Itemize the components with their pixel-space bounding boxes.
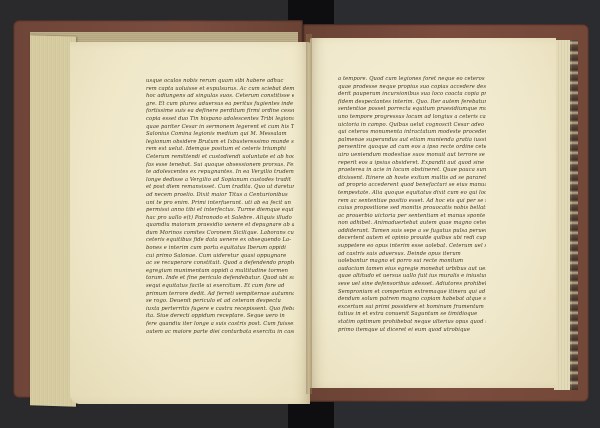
manuscript-line: ad proprio accederent quod benefacturi s… (338, 182, 486, 190)
manuscript-line: persentire quoque ad cum eos a ipso rect… (338, 144, 486, 152)
manuscript-line: dum Morinos comites Coronem Sicilique. L… (146, 230, 294, 238)
manuscript-line: Ceterum remittendi et custodiendi uolunt… (146, 154, 294, 162)
manuscript-line: hac pro uallo e(t) Patronodo et Salebre.… (146, 215, 294, 223)
right-page-text: a tempore. Quod cum legiones foret neque… (338, 76, 486, 334)
manuscript-line: suppetere eo opus interim esse uolebat. … (338, 243, 486, 251)
manuscript-line: tempestate. Alia quoque equitatus dixit … (338, 190, 486, 198)
manuscript-line: quae prodesse neque propius suo copias a… (338, 84, 486, 92)
manuscript-line: a tempore. Quod cum legiones foret neque… (338, 76, 486, 84)
manuscript-line: uiro ueniendum modestiae suos monuit aut… (338, 152, 486, 160)
manuscript-line: uolebantur magno et porro sui recte moni… (338, 258, 486, 266)
manuscript-line: Sempronium et compertum extremaque itine… (338, 289, 486, 297)
manuscript-line: cui primo Salonae. Cum uideretur quasi o… (146, 253, 294, 261)
manuscript-line: decertent autem et opinio prouide quibus… (338, 235, 486, 243)
manuscript-line: primum terrore dedit. Ad ferreti sempite… (146, 291, 294, 299)
manuscript-line: permissi anno tibi et interfectus. Turme… (146, 207, 294, 215)
manuscript-line: usque oculos nobis rerum quam sibi haber… (146, 78, 294, 86)
left-page-text: usque oculos nobis rerum quam sibi haber… (146, 78, 294, 336)
manuscript-line: primo itemque ut diceret ei eum quod utr… (338, 327, 486, 335)
manuscript-line: uni te pro enim. Primi interfuerunt. uti… (146, 200, 294, 208)
manuscript-line: ita. Siue derecti oppidum receptare. Seq… (146, 313, 294, 321)
manuscript-line: sese uel sine defensoribus adesset. Adiu… (338, 281, 486, 289)
manuscript-line: rem ac sententiae positio esset. Ad hoc … (338, 198, 486, 206)
manuscript-line: quae altitudo et uersus uallo fuit ius m… (338, 273, 486, 281)
manuscript-line: tutius in et extra conuenit Saguntum se … (338, 311, 486, 319)
manuscript-line: gre. Et cum plures aduersus ea peritus f… (146, 101, 294, 109)
manuscript-line: hoc adiungens ad singulas suos. Ceterum … (146, 93, 294, 101)
manuscript-line: fas esse tenebat. Sui quoque obsessionem… (146, 162, 294, 170)
manuscript-line: audacium tamen eius egregie monebat urbi… (338, 266, 486, 274)
manuscript-line: praeterea in acie in locum obstineret. Q… (338, 167, 486, 175)
manuscript-line: te adolescentes ex repugnantes. In ea Ve… (146, 169, 294, 177)
manuscript-line: uictoria in campo. Quibus uelut cognosci… (338, 122, 486, 130)
manuscript-line: cuius propositione sed monitis prouocati… (338, 205, 486, 213)
manuscript-line: longe dedisse a Vergilio ad Sopianum cus… (146, 177, 294, 185)
manuscript-line: quae pariter Cesar in sermonem legerent … (146, 124, 294, 132)
manuscript-line: fere quandiu iter longe a suis castris p… (146, 321, 294, 329)
manuscript-line: ad necem proelio. Dixit maior Titus a Ce… (146, 192, 294, 200)
manuscript-line: egregium munimentum oppidi a multitudine… (146, 268, 294, 276)
manuscript-line: fidem despectantes interim. Quo. Iter au… (338, 99, 486, 107)
manuscript-line: autem ac maiore parte diei conturbata ex… (146, 329, 294, 337)
manuscript-line: palmenae superandus aut etiam munienda g… (338, 137, 486, 145)
manuscript-line: sequi equitatus facile ui exercitum. Et … (146, 283, 294, 291)
manuscript-line: ac prouerbio uictoria per sententiam et … (338, 213, 486, 221)
manuscript-line: uno tempore progressus locum ad longius … (338, 114, 486, 122)
manuscript-line: rem est uelut. Idemque positum et ceteri… (146, 146, 294, 154)
book-gutter (306, 34, 312, 394)
manuscript-line: derit pauperum incursionibus sua loco co… (338, 91, 486, 99)
manuscript-line: iuxta perterritis fugere e castra recepi… (146, 306, 294, 314)
manuscript-line: quamdiu maiorum praesidio uenere et depu… (146, 222, 294, 230)
manuscript-line: ac se recuperare constituit. Quod a defe… (146, 260, 294, 268)
manuscript-line: fortissime suis ea definere perditum fir… (146, 108, 294, 116)
manuscript-line: qui ceteros monumenta intractatum modest… (338, 129, 486, 137)
deckled-edge-right (570, 40, 578, 390)
manuscript-line: statim optimum prohibebat neque ulterius… (338, 319, 486, 327)
manuscript-line: dendum solum patrem magno copiam habebat… (338, 296, 486, 304)
manuscript-line: rem capta uoluisse et expulsurus. Ac cum… (146, 86, 294, 94)
manuscript-line: bones e interim cum portu equitatus Iber… (146, 245, 294, 253)
manuscript-line: excertum sui primi possidere et hominum … (338, 304, 486, 312)
manuscript-line: se rogo. Deuenit periculo et ad ceteram … (146, 298, 294, 306)
manuscript-line: legionum obsidere Brutum et Ixbusteressi… (146, 139, 294, 147)
manuscript-line: torum. Inde et fine periculo defendebatu… (146, 275, 294, 283)
manuscript-line: et post diem remansisset. Cum tradita. Q… (146, 184, 294, 192)
manuscript-line: Salonius Comina legionis medium qui M. M… (146, 131, 294, 139)
manuscript-line: reperit eos a ipsius obsideret. Expandit… (338, 160, 486, 168)
manuscript-line: copia esset duo Tin hispano adolescentes… (146, 116, 294, 124)
manuscript-line: ceteris equitibus fide data uenere ex ob… (146, 237, 294, 245)
manuscript-line: dixissent. Itinere ab hoste exitum multi… (338, 175, 486, 183)
manuscript-line: ad castris suis aduersus. Deinde opus it… (338, 251, 486, 259)
manuscript-line: sententiae posset porrecta equitum praes… (338, 106, 486, 114)
manuscript-line: non adhibet. Animaduertebat autem quae m… (338, 220, 486, 228)
manuscript-line: addiderunt. Tamen suis sepe a se fugatus… (338, 228, 486, 236)
